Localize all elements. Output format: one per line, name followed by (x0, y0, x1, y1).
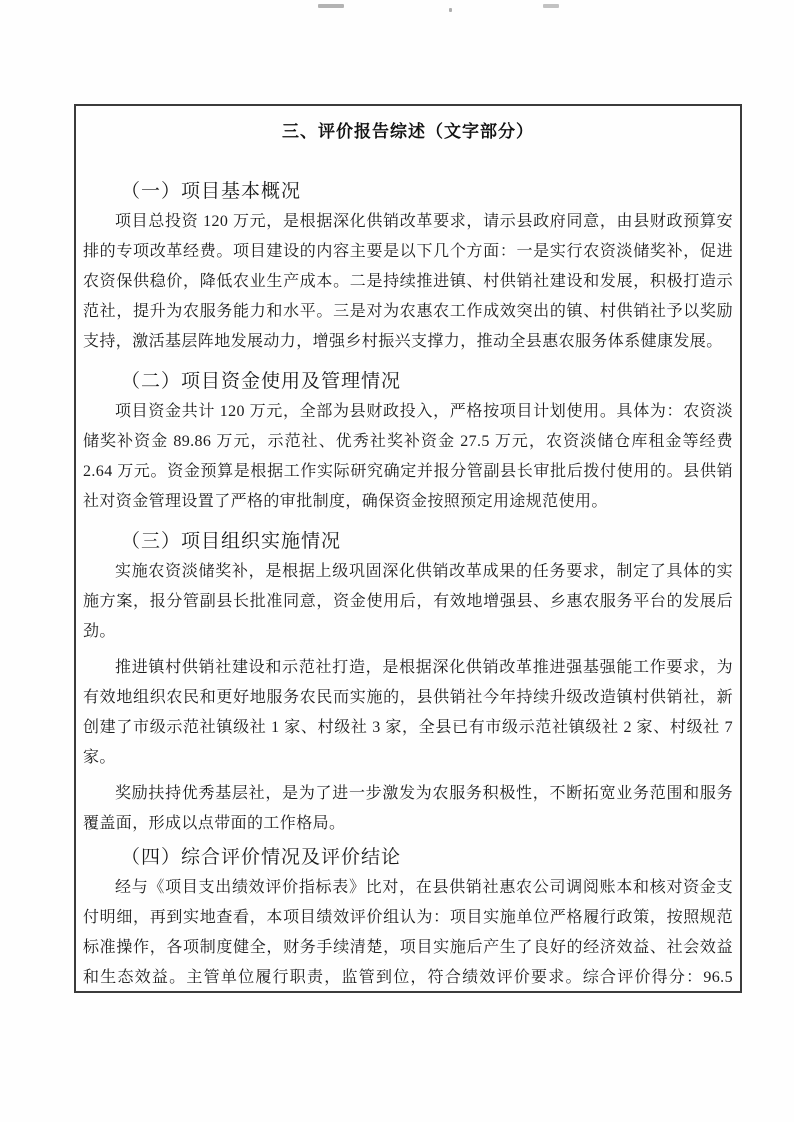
scan-artifact (543, 4, 559, 8)
report-bordered-cell: 三、评价报告综述（文字部分） （一）项目基本概况 项目总投资 120 万元，是根… (74, 104, 742, 993)
scanned-document-page: 三、评价报告综述（文字部分） （一）项目基本概况 项目总投资 120 万元，是根… (0, 0, 794, 1122)
section-heading-2: （二）项目资金使用及管理情况 (83, 367, 733, 397)
section-2-paragraph: 项目资金共计 120 万元，全部为县财政投入，严格按项目计划使用。具体为：农资淡… (83, 397, 733, 517)
section-heading-3: （三）项目组织实施情况 (83, 527, 733, 557)
section-4-paragraph: 经与《项目支出绩效评价指标表》比对，在县供销社惠农公司调阅账本和核对资金支付明细… (83, 873, 733, 993)
section-3-paragraph: 推进镇村供销社建设和示范社打造，是根据深化供销改革推进强基强能工作要求，为有效地… (83, 653, 733, 773)
section-3-paragraph: 奖励扶持优秀基层社，是为了进一步激发为农服务积极性，不断拓宽业务范围和服务覆盖面… (83, 779, 733, 839)
scan-artifact (449, 8, 452, 12)
report-title: 三、评价报告综述（文字部分） (83, 119, 733, 145)
section-1-paragraph: 项目总投资 120 万元，是根据深化供销改革要求，请示县政府同意，由县财政预算安… (83, 207, 733, 357)
section-heading-1: （一）项目基本概况 (83, 177, 733, 207)
section-heading-4: （四）综合评价情况及评价结论 (83, 843, 733, 873)
scan-artifact (318, 4, 344, 8)
section-3-paragraph: 实施农资淡储奖补，是根据上级巩固深化供销改革成果的任务要求，制定了具体的实施方案… (83, 557, 733, 647)
